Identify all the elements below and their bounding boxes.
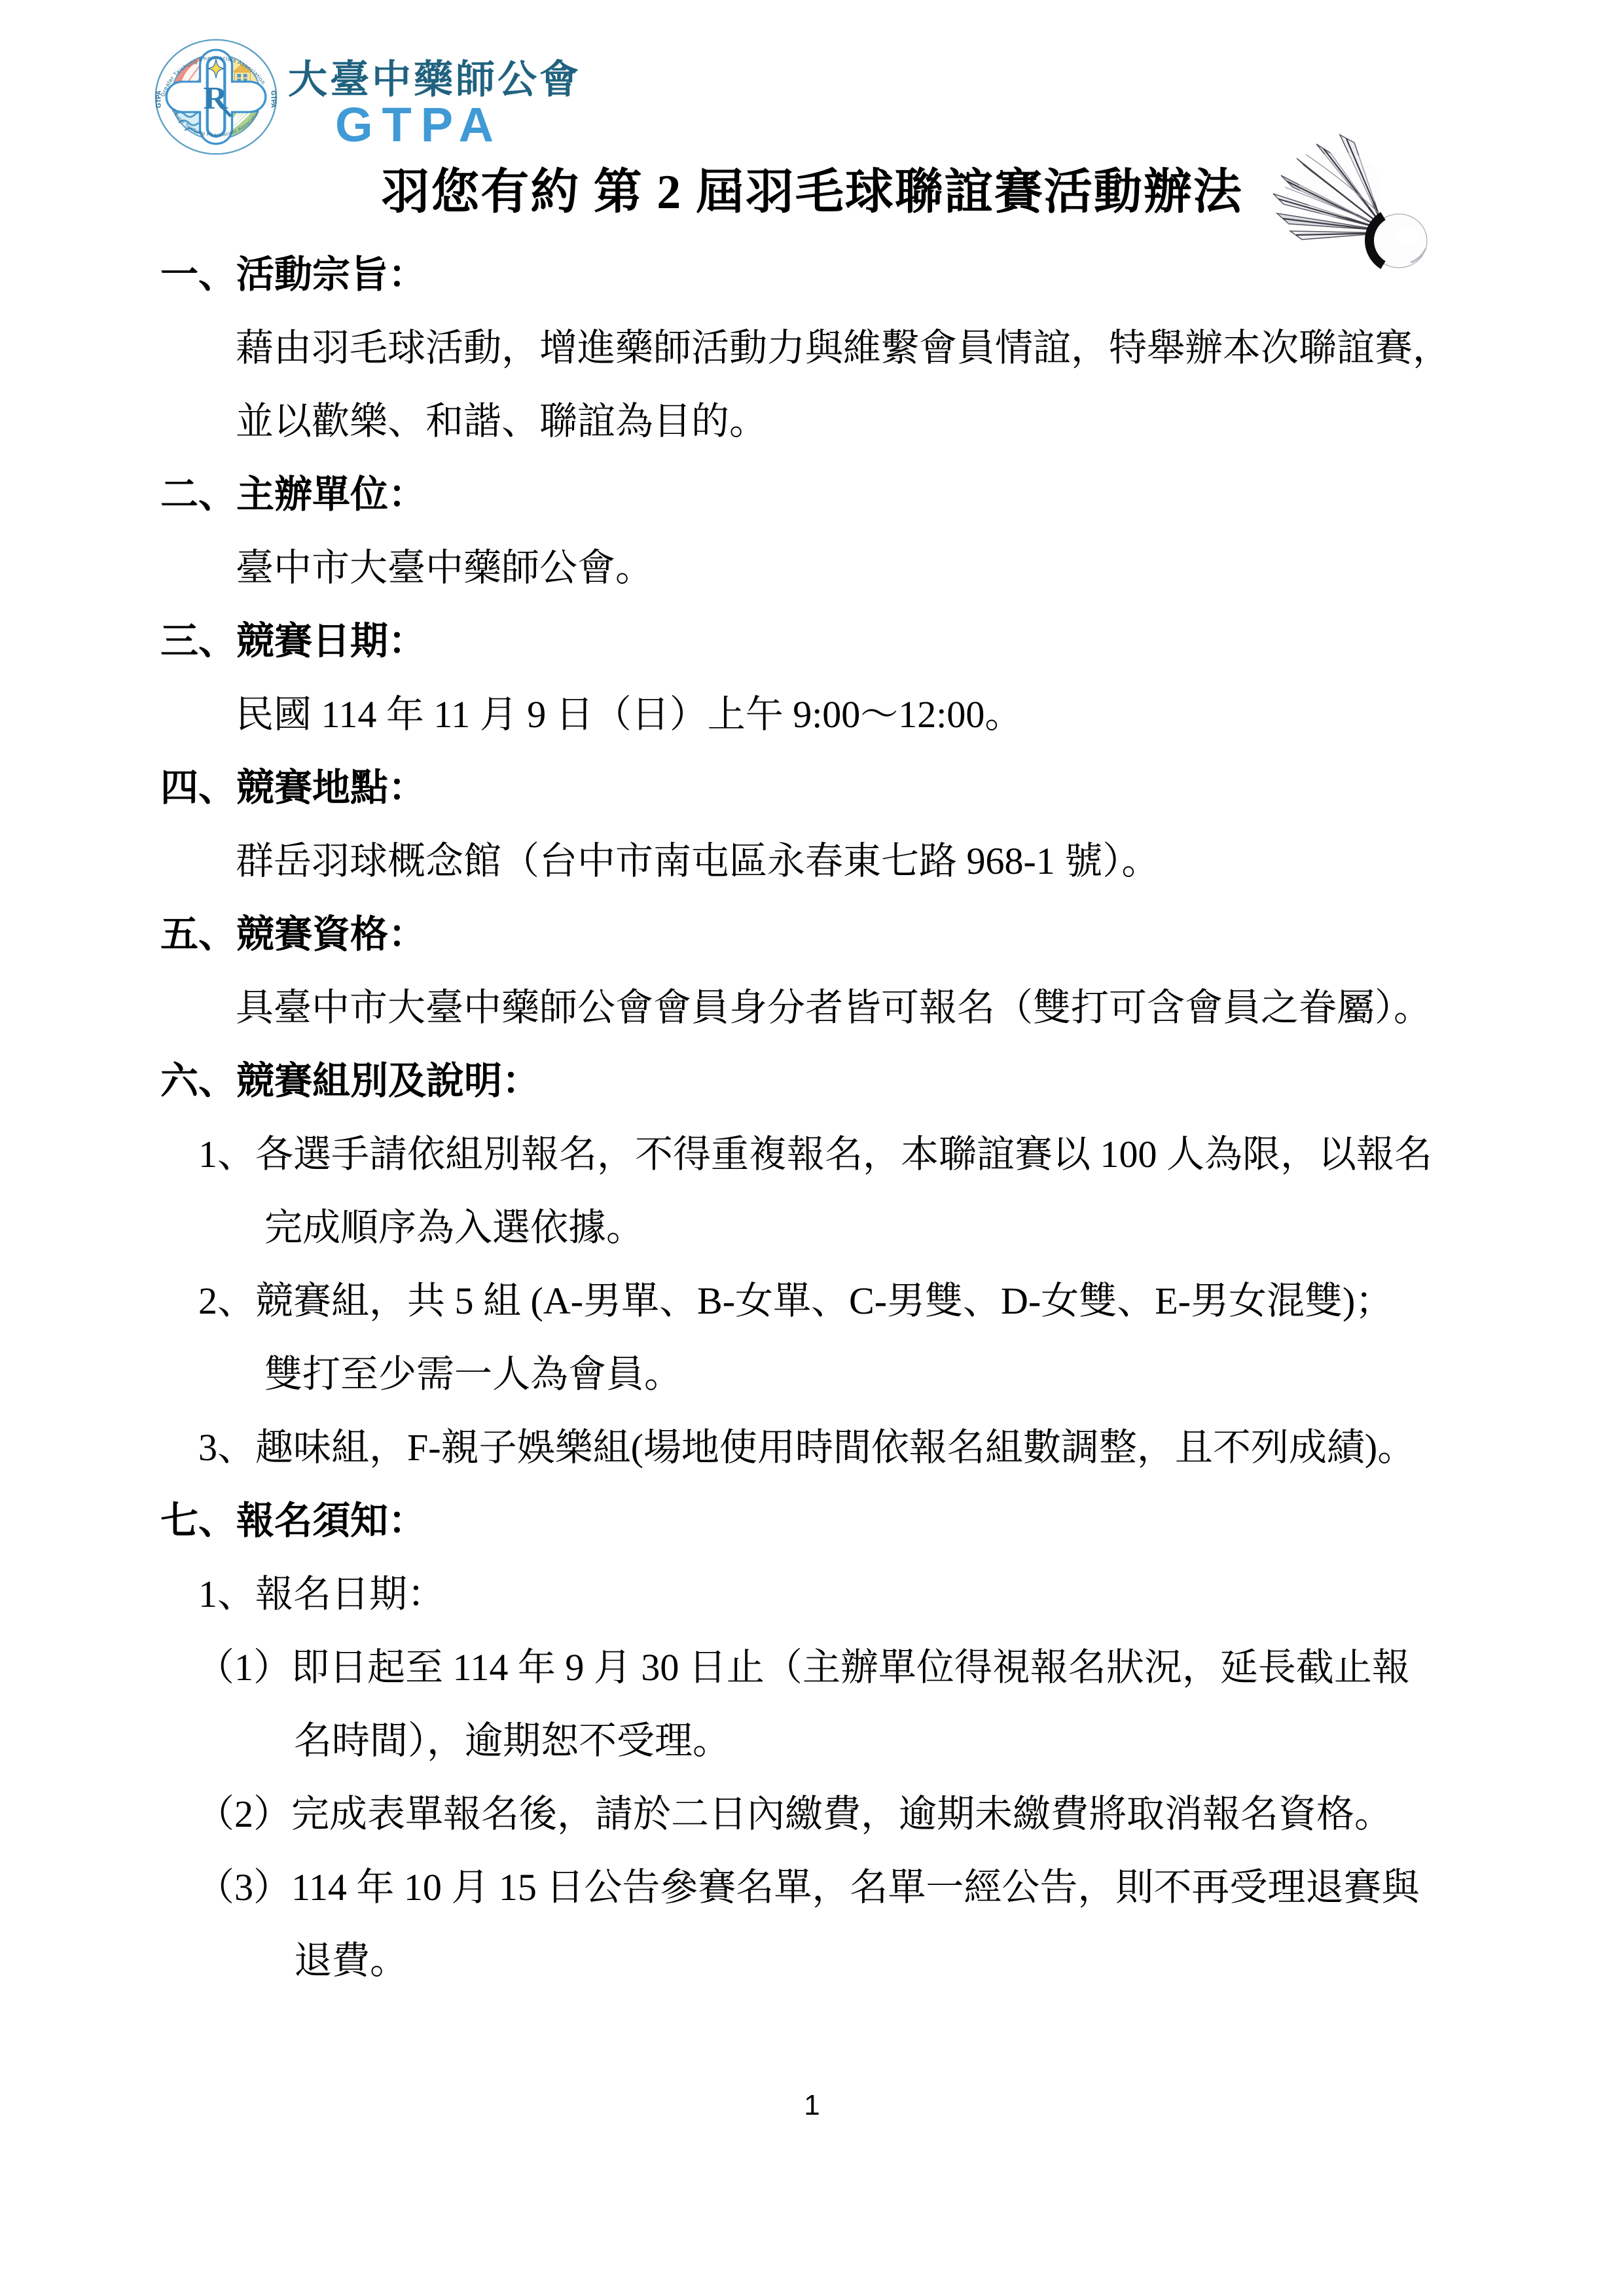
document-body: 一、活動宗旨： 藉由羽毛球活動，增進藥師活動力與維繫會員情誼，特舉辦本次聯誼賽，… <box>0 238 1624 1998</box>
list-item: 2、競賽組，共 5 組 (A-男單、B-女單、C-男雙、D-女雙、E-男女混雙)… <box>0 1265 1624 1338</box>
paragraph-line: 具臺中市大臺中藥師公會會員身分者皆可報名（雙打可含會員之眷屬）。 <box>0 971 1624 1045</box>
list-item: 3、趣味組，F-親子娛樂組(場地使用時間依報名組數調整，且不列成績)。 <box>0 1411 1624 1484</box>
sub-item: （3）114 年 10 月 15 日公告參賽名單，名單一經公告，則不再受理退賽與 <box>0 1851 1624 1924</box>
document-page: R Greater Taichung Pharmacists Associati… <box>0 0 1624 2296</box>
section-heading: 二、主辦單位： <box>0 458 1624 531</box>
list-item-continuation: 雙打至少需一人為會員。 <box>0 1338 1624 1411</box>
gtpa-logo-emblem: R Greater Taichung Pharmacists Associati… <box>154 38 278 156</box>
sub-item-continuation: 名時間），逾期恕不受理。 <box>0 1704 1624 1778</box>
sub-item: （2）完成表單報名後，請於二日內繳費，逾期未繳費將取消報名資格。 <box>0 1778 1624 1851</box>
sub-item: （1）即日起至 114 年 9 月 30 日止（主辦單位得視報名狀況，延長截止報 <box>0 1631 1624 1704</box>
paragraph-line: 群岳羽球概念館（台中市南屯區永春東七路 968-1 號）。 <box>0 825 1624 898</box>
paragraph-line: 藉由羽毛球活動，增進藥師活動力與維繫會員情誼，特舉辦本次聯誼賽， <box>0 312 1624 385</box>
section-heading: 四、競賽地點： <box>0 751 1624 825</box>
section-heading: 一、活動宗旨： <box>0 238 1624 312</box>
page-number: 1 <box>0 2089 1624 2122</box>
list-item: 1、各選手請依組別報名，不得重複報名，本聯誼賽以 100 人為限，以報名 <box>0 1118 1624 1191</box>
section-heading: 三、競賽日期： <box>0 605 1624 678</box>
logo-side-text-left: GTPA <box>155 90 162 108</box>
logo-side-text-right: GTPA <box>269 90 276 108</box>
logo-acronym: GTPA <box>335 97 503 152</box>
section-heading: 七、報名須知： <box>0 1484 1624 1558</box>
paragraph-line: 並以歡樂、和諧、聯誼為目的。 <box>0 385 1624 458</box>
section-heading: 五、競賽資格： <box>0 898 1624 971</box>
list-item-continuation: 完成順序為入選依據。 <box>0 1191 1624 1265</box>
paragraph-line: 臺中市大臺中藥師公會。 <box>0 531 1624 605</box>
sub-item-continuation: 退費。 <box>0 1924 1624 1998</box>
list-item: 1、報名日期： <box>0 1558 1624 1631</box>
paragraph-line: 民國 114 年 11 月 9 日（日）上午 9:00～12:00。 <box>0 678 1624 751</box>
section-heading: 六、競賽組別及說明： <box>0 1045 1624 1118</box>
